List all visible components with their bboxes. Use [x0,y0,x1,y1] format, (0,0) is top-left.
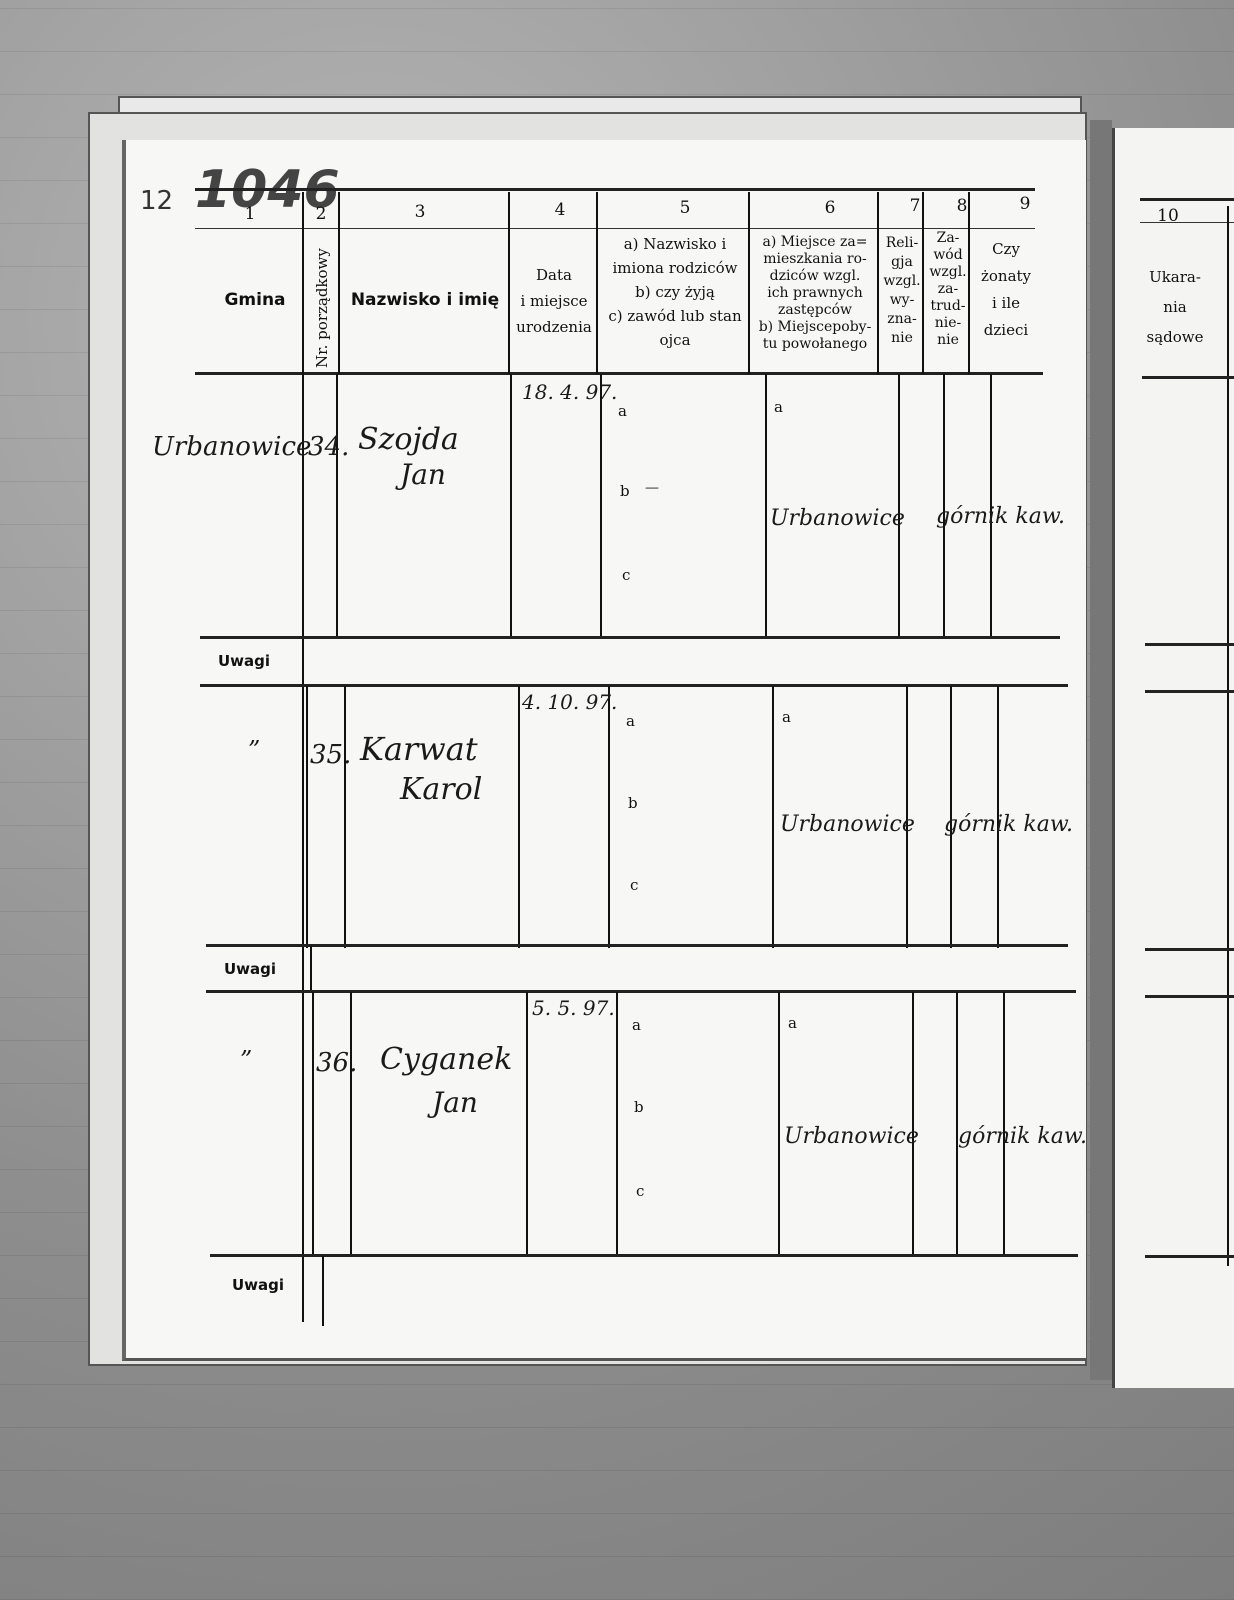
col-number-10: 10 [1148,206,1188,226]
col-divider-8-9 [968,192,970,374]
header-top-rule [195,188,1035,191]
col-divider-6-7 [877,192,879,374]
row3-div-6-7 [912,992,914,1254]
row3-div-8-9 [1003,992,1005,1254]
header-ukarania: Ukara- nia sądowe [1135,262,1215,352]
col-number-3: 3 [400,202,440,222]
facing-page-header-bottom [1142,376,1234,379]
header-col7-line4: wy- [880,291,924,310]
col-number-8: 8 [947,196,977,216]
header-col7-line6: nie [880,329,924,348]
header-col9-line4: dzieci [972,317,1040,344]
col-divider-5-6 [748,192,750,374]
header-gmina: Gmina [205,292,305,309]
row3-bottom-rule [210,1254,1078,1257]
header-col7-line2: gja [880,253,924,272]
entry-birth-date: 5. 5. 97. [532,996,615,1020]
col-number-5: 5 [665,198,705,218]
residence-sub-label-a: a [782,708,791,726]
entry-nr: 35. [310,740,351,770]
row2-div-2-3 [344,686,346,948]
entry-gmina: ” [248,736,260,764]
sub-label-c: c [630,876,638,894]
residence-sub-label-a: a [774,398,783,416]
remarks2-bottom-rule [206,990,1076,993]
header-number-rule [195,228,1035,229]
row1-div-6-7 [898,374,900,636]
row1-div-3-4 [510,374,512,636]
header-col5-line1: a) Nazwisko i [600,232,750,256]
row3-div-1-2 [312,992,314,1254]
entry-given-name: Jan [400,458,446,491]
col-number-6: 6 [810,198,850,218]
header-religia: Reli- gja wzgl. wy- zna- nie [880,234,924,348]
book-spine [1090,120,1112,1380]
row2-div-5-6 [772,686,774,948]
header-col6-line4: ich prawnych [752,285,878,302]
header-col6-line3: dziców wzgl. [752,268,878,285]
col-number-4: 4 [540,200,580,220]
col-divider-4-5 [596,192,598,374]
col-number-9: 9 [1005,194,1045,214]
header-col6-line6: b) Miejscepoby- [752,319,878,336]
facing-page-top-rule [1140,198,1234,201]
entry-occupation: górnik kaw. [944,812,1073,837]
header-zonaty: Czy żonaty i ile dzieci [972,236,1040,344]
entry-nr: 36. [316,1048,357,1078]
remarks2-divider [310,946,312,990]
header-col8-line4: za- [926,281,970,298]
remarks1-bottom-rule [200,684,1068,687]
row3-div-7-8 [956,992,958,1254]
header-col9-line2: żonaty [972,263,1040,290]
facing-page-col-divider [1227,206,1229,1266]
header-col8-line5: trud- [926,298,970,315]
header-data-urodzenia: Data i miejsce urodzenia [512,262,596,340]
entry-surname: Szojda [358,422,459,457]
header-col7-line1: Reli- [880,234,924,253]
entry-nr: 34. [308,432,349,462]
header-miejsce-zamieszkania: a) Miejsce za= mieszkania ro- dziców wzg… [752,234,878,353]
sub-label-c: c [636,1182,644,1200]
sub-label-b: b [628,794,638,812]
entry-gmina: Urbanowice [152,432,311,462]
header-col4-line3: urodzenia [512,314,596,340]
row3-div-3-4 [526,992,528,1254]
header-col6-line1: a) Miejsce za= [752,234,878,251]
row1-div-2-3 [336,374,338,636]
row3-div-4-5 [616,992,618,1254]
header-col6-line7: tu powołanego [752,336,878,353]
entry-residence: Urbanowice [780,812,915,837]
header-col7-line5: zna- [880,310,924,329]
entry-occupation: górnik kaw. [958,1124,1087,1149]
row2-div-4-5 [608,686,610,948]
entry-parents-b: — [645,480,659,496]
entry-given-name: Karol [400,772,482,807]
facing-page-row3-bottom [1145,1255,1234,1258]
header-col4-line1: Data [512,262,596,288]
facing-page-uwagi2-bottom [1145,995,1234,998]
header-col9-line3: i ile [972,290,1040,317]
residence-sub-label-a: a [788,1014,797,1032]
entry-gmina: ” [240,1046,252,1074]
header-col6-line2: mieszkania ro- [752,251,878,268]
facing-page-row2-bottom [1145,948,1234,951]
entry-residence: Urbanowice [770,506,905,531]
row2-div-3-4 [518,686,520,948]
header-col6-line5: zastępców [752,302,878,319]
remarks-label-row3: Uwagi [232,1276,284,1294]
header-col5-line4: c) zawód lub stan [600,304,750,328]
sub-label-a: a [618,402,627,420]
entry-surname: Karwat [360,730,478,768]
header-rodzice: a) Nazwisko i imiona rodziców b) czy żyj… [600,232,750,352]
row1-div-5-6 [765,374,767,636]
entry-given-name: Jan [432,1086,478,1119]
sub-label-a: a [626,712,635,730]
header-col8-line3: wzgl. [926,264,970,281]
entry-surname: Cyganek [380,1042,512,1077]
header-col10-line2: nia [1135,292,1215,322]
header-bottom-rule [195,372,1043,375]
header-col8-line6: nie- [926,315,970,332]
header-col5-line2: imiona rodziców [600,256,750,280]
entry-birth-date: 18. 4. 97. [522,380,617,404]
entry-occupation: górnik kaw. [936,504,1065,529]
entry-birth-date: 4. 10. 97. [522,690,617,714]
col-divider-2-3 [338,192,340,374]
entry-residence: Urbanowice [784,1124,919,1149]
header-col5-line5: ojca [600,328,750,352]
row2-bottom-rule [206,944,1068,947]
row1-div-4-5 [600,374,602,636]
col-divider-7-8 [922,192,924,374]
header-col8-line1: Za- [926,230,970,247]
row2-div-1-2 [306,686,308,948]
remarks-label-row2: Uwagi [224,960,276,978]
header-col10-line1: Ukara- [1135,262,1215,292]
col-number-7: 7 [900,196,930,216]
col-divider-3-4 [508,192,510,374]
header-nr-porzadkowy: Nr. porządkowy [313,248,331,368]
header-col8-line7: nie [926,332,970,349]
facing-page-uwagi1-bottom [1145,690,1234,693]
col-divider-1-2 [302,192,304,1322]
header-col8-line2: wód [926,247,970,264]
pencil-page-number: 12 [140,186,173,216]
row3-div-5-6 [778,992,780,1254]
row3-div-2-3 [350,992,352,1254]
header-col4-line2: i miejsce [512,288,596,314]
remarks-label-row1: Uwagi [218,652,270,670]
header-col9-line1: Czy [972,236,1040,263]
col-number-1: 1 [230,204,270,224]
header-nazwisko-imie: Nazwisko i imię [340,292,510,309]
header-col7-line3: wzgl. [880,272,924,291]
sub-label-b: b [634,1098,644,1116]
remarks3-divider [322,1256,324,1326]
sub-label-a: a [632,1016,641,1034]
header-zawod: Za- wód wzgl. za- trud- nie- nie [926,230,970,349]
col-number-2: 2 [306,204,336,224]
facing-page-number-rule [1140,222,1234,223]
facing-page-row1-bottom [1145,643,1234,646]
row1-bottom-rule [200,636,1060,639]
sub-label-b: b [620,482,630,500]
sub-label-c: c [622,566,630,584]
header-col5-line3: b) czy żyją [600,280,750,304]
header-col10-line3: sądowe [1135,322,1215,352]
